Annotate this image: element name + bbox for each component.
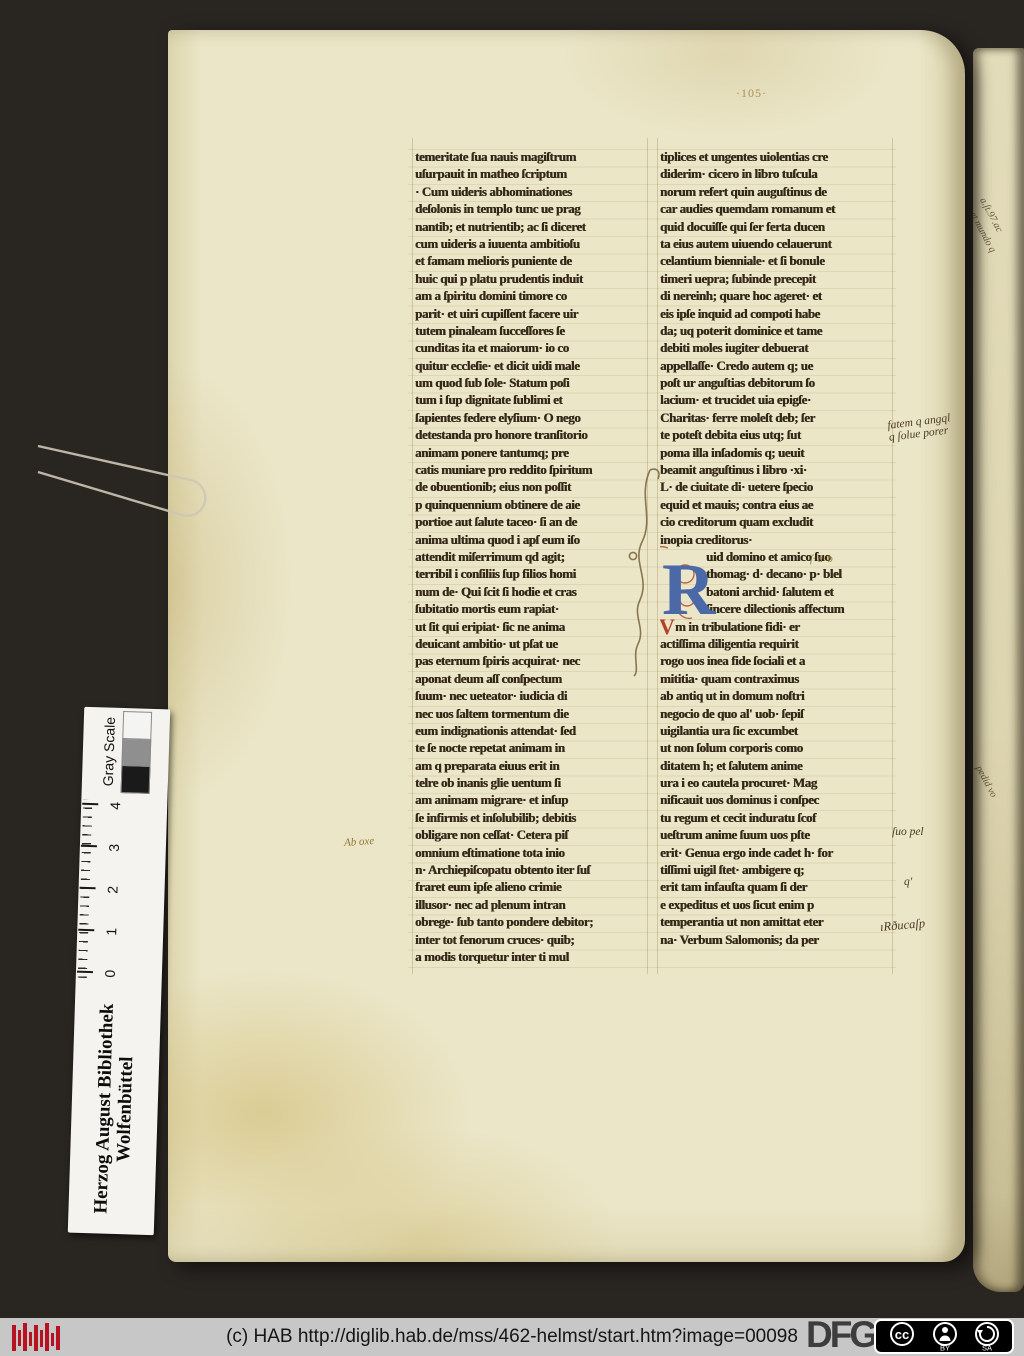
manuscript-text-line: nificauit uos dominus i conſpec [660, 791, 893, 808]
manuscript-text-line: te poteſt debita eius utq; ſut [660, 426, 893, 443]
manuscript-text-line: ta eius autem uiuendo celauerunt [660, 235, 893, 252]
manuscript-text-line: deſolonis in templo tunc ue prag [415, 200, 648, 217]
folio-number: ·105· [736, 86, 767, 101]
manuscript-text-line: am q preparata eiuus erit in [415, 757, 648, 774]
manuscript-text-line: rogo uos inea fide ſociali et a [660, 652, 893, 669]
manuscript-text-line: aponat deum aſſ conſpectum [415, 670, 648, 687]
manuscript-text-line: erit· Genua ergo inde cadet h· for [660, 844, 893, 861]
manuscript-text-line: quid docuiſſe qui ſer ferta ducen [660, 218, 893, 235]
manuscript-text-line: ditatem h; et ſalutem anime [660, 757, 893, 774]
margin-note-right-2: ſuo pel [892, 826, 924, 838]
manuscript-text-line: telre ob inanis glie uentum ſi [415, 774, 648, 791]
illuminated-initial-r: R [660, 548, 706, 618]
manuscript-text-line: ut ſit qui eripiat· ſic ne anima [415, 618, 648, 635]
manuscript-text-line: di nereinh; quare hoc ageret· et [660, 287, 893, 304]
manuscript-text-line: obrege· ſub tanto pondere debitor; [415, 913, 648, 930]
text-beside-initial: uid domino et amico ſuothomag· d· decano… [706, 548, 893, 618]
manuscript-text-line: am a ſpiritu domini timore co [415, 287, 648, 304]
manuscript-text-line: ſincere dilectionis affectum [706, 600, 893, 617]
manuscript-text-line: nec uos ſaltem tormentum die [415, 705, 648, 722]
gray-scale-label: Gray Scale [100, 717, 118, 787]
manuscript-text-line: L· de ciuitate di· uetere ſpecio [660, 478, 893, 495]
gray-scale-patch [121, 738, 151, 767]
manuscript-text-line: temperantia ut non amittat eter [660, 913, 893, 930]
manuscript-text-line: tiplices et ungentes uiolentias cre [660, 148, 893, 165]
manuscript-text-line: Charitas· ferre moleſt deb; ſer [660, 409, 893, 426]
manuscript-text-line: negocio de quo al' uob· ſepiſ [660, 705, 893, 722]
gray-scale-patch [121, 765, 151, 794]
manuscript-text-line: anima ultima quod i apſ eum iſo [415, 531, 648, 548]
margin-note-right-3: q' [904, 876, 912, 888]
manuscript-text-line: parit· et uiri cupiſſent facere uir [415, 305, 648, 322]
manuscript-text-line: cio creditorum quam excludit [660, 513, 893, 530]
manuscript-text-line: nantib; et nutrientib; ac ſi diceret [415, 218, 648, 235]
manuscript-text-line: lacium· et trucidet uia epigſe· [660, 391, 893, 408]
pen-flourish-icon [620, 466, 664, 680]
manuscript-text-line: tutem pinaleam ſucceſſores ſe [415, 322, 648, 339]
page-clip-icon [38, 416, 246, 544]
ruler-number: 1 [103, 926, 119, 936]
gray-scale-card-content: Herzog August Bibliothek Wolfenbüttel 01… [68, 707, 170, 1235]
ruling-vertical-line [412, 138, 413, 974]
text-column-right: tiplices et ungentes uiolentias credider… [660, 148, 893, 965]
manuscript-text-line: cunditas ita et maiorum· io co [415, 339, 648, 356]
manuscript-text-line: obligare non ceſſat· Cetera piſ [415, 826, 648, 843]
manuscript-text-line: cum uideris a iuuenta ambitioſu [415, 235, 648, 252]
manuscript-text-line: detestanda pro honore tranſitorio [415, 426, 648, 443]
manuscript-text-line: eis ipſe inquid ad compoti habe [660, 305, 893, 322]
manuscript-text-line: equid et mauis; contra eius ae [660, 496, 893, 513]
manuscript-text-line: omnium eſtimatione tota inio [415, 844, 648, 861]
manuscript-text-line: et famam melioris puniente de [415, 252, 648, 269]
manuscript-text-line: am animam migrare· et inſup [415, 791, 648, 808]
after-lines: m in tribulatione fidi· eractiſſima dili… [660, 618, 893, 966]
manuscript-text-line: uigilantia ura ſic excumbet [660, 722, 893, 739]
by-person-icon [940, 1327, 951, 1341]
manuscript-text-line: actiſſima diligentia requirit [660, 635, 893, 652]
ruler-number: 0 [102, 968, 118, 978]
manuscript-text-line: catis muniare pro reddito ſpiritum [415, 461, 648, 478]
manuscript-text-line: timeri uepra; ſubinde precepit [660, 270, 893, 287]
manuscript-text-line: debiti moles iugiter debuerat [660, 339, 893, 356]
facing-page-scribble: pedid vo [973, 764, 999, 799]
manuscript-text-line: thomag· d· decano· p· blel [706, 565, 893, 582]
manuscript-text-line: norum refert quin auguſtinus de [660, 183, 893, 200]
manuscript-text-line: appellaſſe· Credo autem q; ue [660, 357, 893, 374]
manuscript-text-line: quitur eccleſie· et dicit uidi male [415, 357, 648, 374]
manuscript-text-line: de obuentionib; eius non poſſit [415, 478, 648, 495]
ruler-number: 3 [106, 843, 122, 853]
manuscript-text-line: batoni archid· ſalutem et [706, 583, 893, 600]
manuscript-text-line: temeritate ſua nauis magiſtrum [415, 148, 648, 165]
manuscript-text-line: p quinquennium obtinere de aie [415, 496, 648, 513]
manuscript-text-line: ura i eo cautela procuret· Mag [660, 774, 893, 791]
footer-bar: (c) HAB http://diglib.hab.de/mss/462-hel… [0, 1318, 1024, 1356]
manuscript-text-line: ſe infirmis et inſolubilib; debitis [415, 809, 648, 826]
manuscript-text-line: te ſe nocte repetat animam in [415, 739, 648, 756]
manuscript-text-line: celantium bienniale· et ſi bonule [660, 252, 893, 269]
manuscript-text-line: ſubitatio mortis eum rapiat· [415, 600, 648, 617]
ruler-number: 4 [107, 801, 123, 811]
ruler: 01234 [76, 795, 168, 986]
gray-scale-patch [122, 712, 152, 741]
manuscript-text-line: uſurpauit in matheo ſcriptum [415, 165, 648, 182]
manuscript-text-line: um quod ſub ſole· Statum poſi [415, 374, 648, 391]
manuscript-text-line: mititia· quam contraximus [660, 670, 893, 687]
manuscript-page: ·105· temeritate ſua nauis magiſtrumuſur… [168, 30, 965, 1262]
cc-by-sa-icons: cc BY SA [877, 1321, 1011, 1351]
manuscript-text-line: na· Verbum Salomonis; da per [660, 931, 893, 948]
by-label: BY [940, 1344, 950, 1352]
gray-scale-patches: Gray Scale [82, 707, 171, 798]
manuscript-text-line: pas eternum ſpiris acquirat· nec [415, 652, 648, 669]
sa-label: SA [982, 1344, 992, 1352]
manuscript-text-line: uid domino et amico ſuo [706, 548, 893, 565]
manuscript-text-line: illusor· nec ad plenum intran [415, 896, 648, 913]
manuscript-text-line: ſuum· nec ueteator· iudicia di [415, 687, 648, 704]
dfg-logo: DFG [806, 1314, 875, 1356]
manuscript-text-line: ſapientes federe elyſium· O nego [415, 409, 648, 426]
manuscript-text-line: diderim· cicero in libro tuſcula [660, 165, 893, 182]
ruler-numbers: 01234 [96, 800, 124, 979]
manuscript-text-line: terribil i conſiliis ſup filios homi [415, 565, 648, 582]
manuscript-text-line: erit tam infauſta quam ſi der [660, 878, 893, 895]
margin-note-right-4: ıRðucaſp [879, 916, 925, 935]
manuscript-text-line: a modis torquetur inter ti mul [415, 948, 648, 965]
manuscript-text-line: eum indignationis attendat· ſed [415, 722, 648, 739]
manuscript-text-line: ueſtrum anime ſuum uos pſte [660, 826, 893, 843]
manuscript-text-line: portioe aut ſalute taceo· ſi an de [415, 513, 648, 530]
manuscript-text-line: n· Archiepiſcopatu obtento iter ſuſ [415, 861, 648, 878]
manuscript-text-line: car audies quemdam romanum et [660, 200, 893, 217]
manuscript-text-line: num de· Qui ſcit ſi hodie et cras [415, 583, 648, 600]
ruler-number: 2 [104, 885, 120, 895]
manuscript-text-line [660, 948, 893, 965]
photograph-stage: a.ſt.97.ac et mundo q pedid vo ·105· tem… [0, 0, 1024, 1356]
manuscript-text-line: deuicant ambitio· ut pſat ue [415, 635, 648, 652]
gray-scale-card: Herzog August Bibliothek Wolfenbüttel 01… [68, 707, 170, 1235]
manuscript-text-line: ut non ſolum corporis como [660, 739, 893, 756]
text-after-initial: V m in tribulatione fidi· eractiſſima di… [660, 618, 893, 966]
facing-page-edge: a.ſt.97.ac et mundo q pedid vo [973, 48, 1024, 1292]
margin-note-gap: ſ· d· b [810, 554, 833, 565]
text-before-initial: tiplices et ungentes uiolentias credider… [660, 148, 893, 548]
text-column-left: temeritate ſua nauis magiſtrumuſurpauit … [415, 148, 648, 965]
manuscript-text-line: tu regum et cecit induratu ſcof [660, 809, 893, 826]
institution-label: Herzog August Bibliothek Wolfenbüttel [68, 983, 162, 1236]
manuscript-text-line: tiſſimi uigil ſtet· ambigere q; [660, 861, 893, 878]
manuscript-text-line: da; uq poterit dominice et tame [660, 322, 893, 339]
initial-row: R uid domino et amico ſuothomag· d· deca… [660, 548, 893, 618]
manuscript-text-line: animam ponere tantumq; pre [415, 444, 648, 461]
manuscript-text-line: poma illa inſadomis q; ueuit [660, 444, 893, 461]
manuscript-text-line: tum i ſup dignitate ſublimi et [415, 391, 648, 408]
sa-arrow-icon [977, 1330, 983, 1335]
manuscript-text-line: poſt ur anguſtias debitorum ſo [660, 374, 893, 391]
cc-license-badge: cc BY SA [874, 1319, 1014, 1354]
manuscript-text-line: beamit anguſtinus i libro ·xi· [660, 461, 893, 478]
manuscript-text-line: ab antiq ut in domum noſtri [660, 687, 893, 704]
manuscript-text-line: inter tot fenorum cruces· quib; [415, 931, 648, 948]
manuscript-text-line: fraret eum ipſe alieno crimie [415, 878, 648, 895]
manuscript-text-line: attendit miſerrimum qd agit; [415, 548, 648, 565]
manuscript-text-line: huic qui p platu prudentis induit [415, 270, 648, 287]
manuscript-text-line: e expeditus et uos ſicut enim p [660, 896, 893, 913]
margin-note-left: Ab oxe [344, 835, 375, 849]
margin-note-right-1: fatem q angql q ſolue porer [887, 412, 953, 444]
cc-icon: cc [895, 1327, 909, 1342]
patch-row [121, 712, 153, 794]
manuscript-text-line: m in tribulatione fidi· er [660, 618, 893, 635]
manuscript-text-line: · Cum uideris abhominationes [415, 183, 648, 200]
